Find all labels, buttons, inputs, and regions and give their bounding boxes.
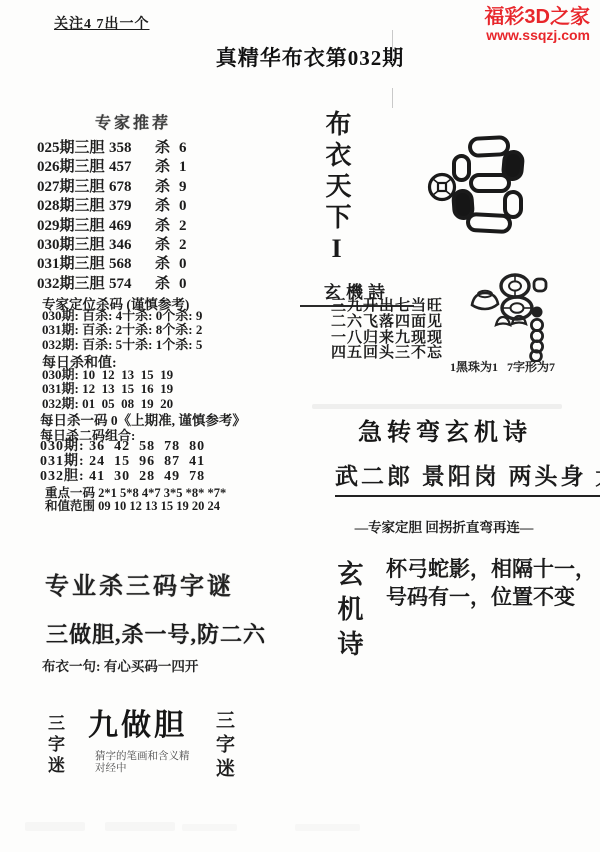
scan-artifact [182,824,237,831]
row-period: 031期三胆 [37,255,109,274]
list-item: 031期: 24 15 96 87 41 [40,454,205,469]
ring-icon [534,279,546,291]
row-kill-label: 杀 [155,197,179,216]
table-row: 029期三胆469杀2 [37,217,195,236]
row-kill-label: 杀 [155,158,179,177]
row-kill-num: 6 [179,139,195,158]
riddle-title: 专业杀三码字谜 [45,566,234,601]
top-left-note: 关注4 7出一个 [54,13,150,33]
poem-line: 三九开出七当旺 [331,299,443,315]
scan-artifact [392,30,393,64]
row-kill-num: 2 [179,217,195,236]
table-row: 027期三胆678杀9 [37,178,195,197]
list-item: 031期: 12 13 15 16 19 [42,382,173,396]
two-code-rows: 030期: 36 42 58 78 80 031期: 24 15 96 87 4… [40,439,205,484]
list-item: 030期: 10 12 13 15 19 [42,368,173,382]
bean-bottomright-icon [505,192,521,217]
table-row: 031期三胆568杀0 [37,255,195,274]
page-title: 真精华布衣第032期 [160,42,460,72]
riddle-answer-big-text: 九做胆 [88,700,187,744]
row-period: 027期三胆 [37,178,109,197]
three-char-riddle-label-right: 三字迷 [210,710,237,782]
mystic-verse-vertical-title: 玄机诗 [330,560,367,665]
list-item: 030期: 百杀: 4十杀: 0个杀: 9 [42,309,202,323]
row-period: 032期三胆 [37,275,109,294]
row-code: 379 [109,197,155,216]
row-kill-num: 9 [179,178,195,197]
row-period: 030期三胆 [37,236,109,255]
coin-icon [501,275,529,297]
turn-poem-note: —专家定胆 回拐折直弯再连— [338,516,550,536]
small-ingot-icon [496,317,510,325]
row-code: 346 [109,236,155,255]
row-code: 358 [109,139,155,158]
figure-caption: 1黑珠为1 7字形为7 [450,358,555,375]
bean-topleft-icon [454,156,469,180]
list-item: 032期: 百杀: 5十杀: 1个杀: 5 [42,338,202,352]
row-kill-num: 0 [179,197,195,216]
row-kill-label: 杀 [155,236,179,255]
dark-coin-icon [532,307,543,318]
scan-artifact [105,822,175,831]
row-period: 025期三胆 [37,139,109,158]
list-item: 031期: 百杀: 2十杀: 8个杀: 2 [42,323,202,337]
riddle-note-line1: 猜字的笔画和含义精 [95,751,190,763]
row-kill-label: 杀 [155,217,179,236]
row-code: 457 [109,158,155,177]
table-row: 028期三胆379杀0 [37,197,195,216]
bean-segment-figure [425,130,535,235]
row-kill-label: 杀 [155,275,179,294]
row-code: 568 [109,255,155,274]
expert-recommend-heading: 专家推荐 [95,110,171,133]
scan-artifact [312,404,562,409]
bean-middle-icon [471,175,509,191]
row-code: 574 [109,275,155,294]
site-watermark: 福彩3D之家 www.ssqzj.com [484,6,590,43]
row-kill-label: 杀 [155,139,179,158]
bean-top-icon [470,137,509,156]
table-row: 025期三胆358杀6 [37,139,195,158]
riddle-note-line2: 对经中 [95,763,190,775]
row-code: 469 [109,217,155,236]
scan-artifact [25,822,85,831]
mystic-poem-lines: 三九开出七当旺 二六飞落四面见 一八归来九现现 四五回头三不忘 [331,299,443,362]
table-row: 030期三胆346杀2 [37,236,195,255]
buyi-world-vertical-title: 布衣天下I [318,110,355,268]
scan-artifact [295,824,360,831]
position-kill-rows: 030期: 百杀: 4十杀: 0个杀: 9 031期: 百杀: 2十杀: 8个杀… [42,309,202,352]
buyi-sentence: 布衣一句: 有心买码一四开 [42,655,198,675]
row-period: 026期三胆 [37,158,109,177]
sum-range-line: 和值范围 09 10 12 13 15 19 20 24 [45,496,220,514]
row-period: 028期三胆 [37,197,109,216]
mystic-verse-line2: 号码有一，位置不变 [386,581,575,611]
row-period: 029期三胆 [37,217,109,236]
sum-kill-rows: 030期: 10 12 13 15 19 031期: 12 13 15 16 1… [42,368,173,411]
table-row: 026期三胆457杀1 [37,158,195,177]
row-kill-num: 0 [179,275,195,294]
bead-chain [531,319,543,361]
coin-icon [430,175,455,200]
poem-line: 二六飞落四面见 [331,315,443,331]
scan-artifact [392,88,393,108]
row-kill-num: 0 [179,255,195,274]
mystic-verse-line1: 杯弓蛇影，相隔十一， [386,553,596,583]
bean-bottom-icon [468,214,511,232]
list-item: 032胆: 41 30 28 49 78 [40,469,205,484]
table-row: 032期三胆574杀0 [37,275,195,294]
row-kill-label: 杀 [155,178,179,197]
site-brand: 福彩3D之家 [484,6,590,28]
poem-line: 四五回头三不忘 [331,346,443,362]
riddle-main-line: 三做胆,杀一号,防二六 [46,618,266,649]
row-kill-num: 2 [179,236,195,255]
turn-poem-title: 急转弯玄机诗 [358,412,532,447]
site-url: www.ssqzj.com [484,28,590,43]
row-kill-num: 1 [179,158,195,177]
scanned-lottery-sheet: 关注4 7出一个 福彩3D之家 www.ssqzj.com 真精华布衣第032期… [0,0,600,852]
three-char-riddle-label-left: 三字迷 [42,714,67,777]
ingot-icon [472,291,498,309]
turn-poem-line: 武二郎 景阳岗 两头身 大头鬼 [335,458,600,497]
list-item: 030期: 36 42 58 78 80 [40,439,205,454]
riddle-small-note: 猜字的笔画和含义精 对经中 [95,751,190,774]
coin-ingot-bead-figure [460,270,560,362]
row-kill-label: 杀 [155,255,179,274]
expert-recommend-table: 025期三胆358杀6 026期三胆457杀1 027期三胆678杀9 028期… [37,139,195,294]
row-code: 678 [109,178,155,197]
